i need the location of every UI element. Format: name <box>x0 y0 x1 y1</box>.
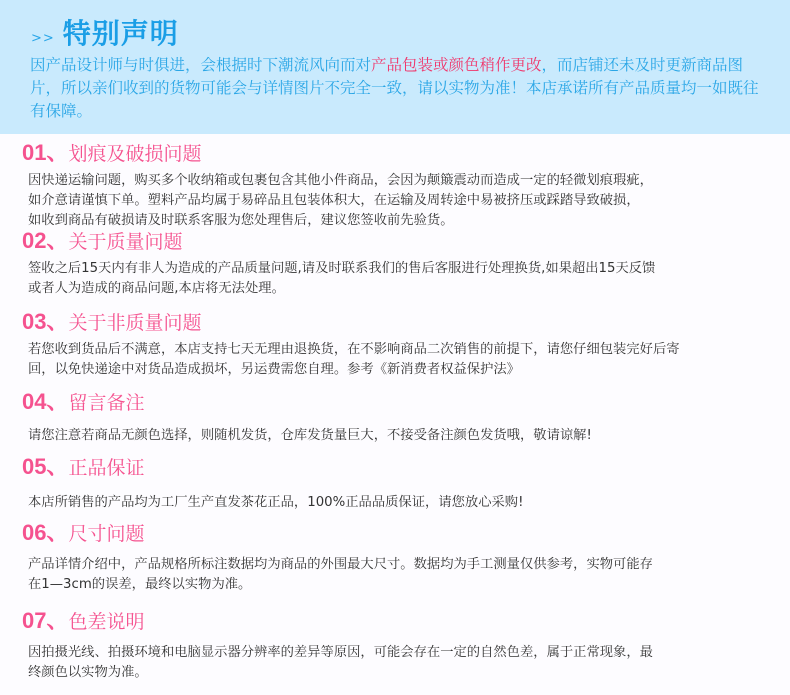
section-number: 03、 <box>22 309 68 334</box>
banner-heading: 特别声明 <box>63 16 179 52</box>
section-title: 07、色差说明 <box>22 608 772 635</box>
section-title: 02、关于质量问题 <box>22 228 772 255</box>
special-notice-banner: >> 特别声明 因产品设计师与时俱进，会根据时下潮流风向而对产品包装或颜色稍作更… <box>0 0 790 134</box>
section-label: 色差说明 <box>68 611 144 633</box>
section-authenticity: 05、正品保证 本店所销售的产品均为工厂生产直发茶花正品，100%正品品质保证，… <box>22 454 772 513</box>
section-body: 请您注意若商品无颜色选择，则随机发货，仓库发货量巨大，不接受备注颜色发货哦，敬请… <box>28 426 748 446</box>
section-non-quality-issues: 03、关于非质量问题 若您收到货品后不满意，本店支持七天无理由退换货，在不影响商… <box>22 309 772 380</box>
body-line: 因快递运输问题，购买多个收纳箱或包裹包含其他小件商品，会因为颠簸震动而造成一定的… <box>28 171 748 191</box>
section-label: 正品保证 <box>68 457 144 479</box>
section-number: 04、 <box>22 389 68 414</box>
double-chevron-icon: >> <box>31 31 55 46</box>
banner-title-row: >> 特别声明 <box>31 12 179 52</box>
section-order-notes: 04、留言备注 请您注意若商品无颜色选择，则随机发货，仓库发货量巨大，不接受备注… <box>22 389 772 446</box>
section-number: 02、 <box>22 228 68 253</box>
banner-notice-text: 因产品设计师与时俱进，会根据时下潮流风向而对产品包装或颜色稍作更改，而店铺还未及… <box>30 54 765 123</box>
section-number: 06、 <box>22 520 68 545</box>
section-number: 07、 <box>22 608 68 633</box>
section-title: 05、正品保证 <box>22 454 772 481</box>
body-line: 回，以免快递途中对货品造成损坏，另运费需您自理。参考《新消费者权益保护法》 <box>28 360 748 380</box>
section-body: 签收之后15天内有非人为造成的产品质量问题,请及时联系我们的售后客服进行处理换货… <box>28 259 748 299</box>
banner-text-before: 因产品设计师与时俱进，会根据时下潮流风向而对 <box>30 56 371 74</box>
section-body: 产品详情介绍中，产品规格所标注数据均为商品的外围最大尺寸。数据均为手工测量仅供参… <box>28 555 748 595</box>
section-title: 01、划痕及破损问题 <box>22 140 772 167</box>
section-label: 关于非质量问题 <box>68 312 201 334</box>
section-body: 因快递运输问题，购买多个收纳箱或包裹包含其他小件商品，会因为颠簸震动而造成一定的… <box>28 171 748 231</box>
banner-text-highlight: 产品包装或颜色稍作更改 <box>371 56 542 74</box>
section-label: 关于质量问题 <box>68 231 182 253</box>
section-body: 本店所销售的产品均为工厂生产直发茶花正品，100%正品品质保证，请您放心采购! <box>28 493 748 513</box>
body-line: 如介意请谨慎下单。塑料产品均属于易碎品且包装体积大，在运输及周转途中易被挤压或踩… <box>28 191 748 211</box>
body-line: 在1—3cm的误差，最终以实物为准。 <box>28 575 748 595</box>
body-line: 或者人为造成的商品问题,本店将无法处理。 <box>28 279 748 299</box>
section-title: 03、关于非质量问题 <box>22 309 772 336</box>
section-title: 06、尺寸问题 <box>22 520 772 547</box>
section-title: 04、留言备注 <box>22 389 772 416</box>
section-number: 01、 <box>22 140 68 165</box>
body-line: 因拍摄光线、拍摄环境和电脑显示器分辨率的差异等原因，可能会存在一定的自然色差，属… <box>28 643 748 663</box>
section-size: 06、尺寸问题 产品详情介绍中，产品规格所标注数据均为商品的外围最大尺寸。数据均… <box>22 520 772 595</box>
section-scratches-damage: 01、划痕及破损问题 因快递运输问题，购买多个收纳箱或包裹包含其他小件商品，会因… <box>22 140 772 231</box>
body-line: 本店所销售的产品均为工厂生产直发茶花正品，100%正品品质保证，请您放心采购! <box>28 493 748 513</box>
section-label: 划痕及破损问题 <box>68 143 201 165</box>
body-line: 请您注意若商品无颜色选择，则随机发货，仓库发货量巨大，不接受备注颜色发货哦，敬请… <box>28 426 748 446</box>
section-color-difference: 07、色差说明 因拍摄光线、拍摄环境和电脑显示器分辨率的差异等原因，可能会存在一… <box>22 608 772 683</box>
body-line: 产品详情介绍中，产品规格所标注数据均为商品的外围最大尺寸。数据均为手工测量仅供参… <box>28 555 748 575</box>
section-body: 若您收到货品后不满意，本店支持七天无理由退换货，在不影响商品二次销售的前提下，请… <box>28 340 748 380</box>
body-line: 终颜色以实物为准。 <box>28 663 748 683</box>
section-label: 尺寸问题 <box>68 523 144 545</box>
section-body: 因拍摄光线、拍摄环境和电脑显示器分辨率的差异等原因，可能会存在一定的自然色差，属… <box>28 643 748 683</box>
section-label: 留言备注 <box>68 392 144 414</box>
section-quality-issues: 02、关于质量问题 签收之后15天内有非人为造成的产品质量问题,请及时联系我们的… <box>22 228 772 299</box>
section-number: 05、 <box>22 454 68 479</box>
body-line: 若您收到货品后不满意，本店支持七天无理由退换货，在不影响商品二次销售的前提下，请… <box>28 340 748 360</box>
body-line: 签收之后15天内有非人为造成的产品质量问题,请及时联系我们的售后客服进行处理换货… <box>28 259 748 279</box>
